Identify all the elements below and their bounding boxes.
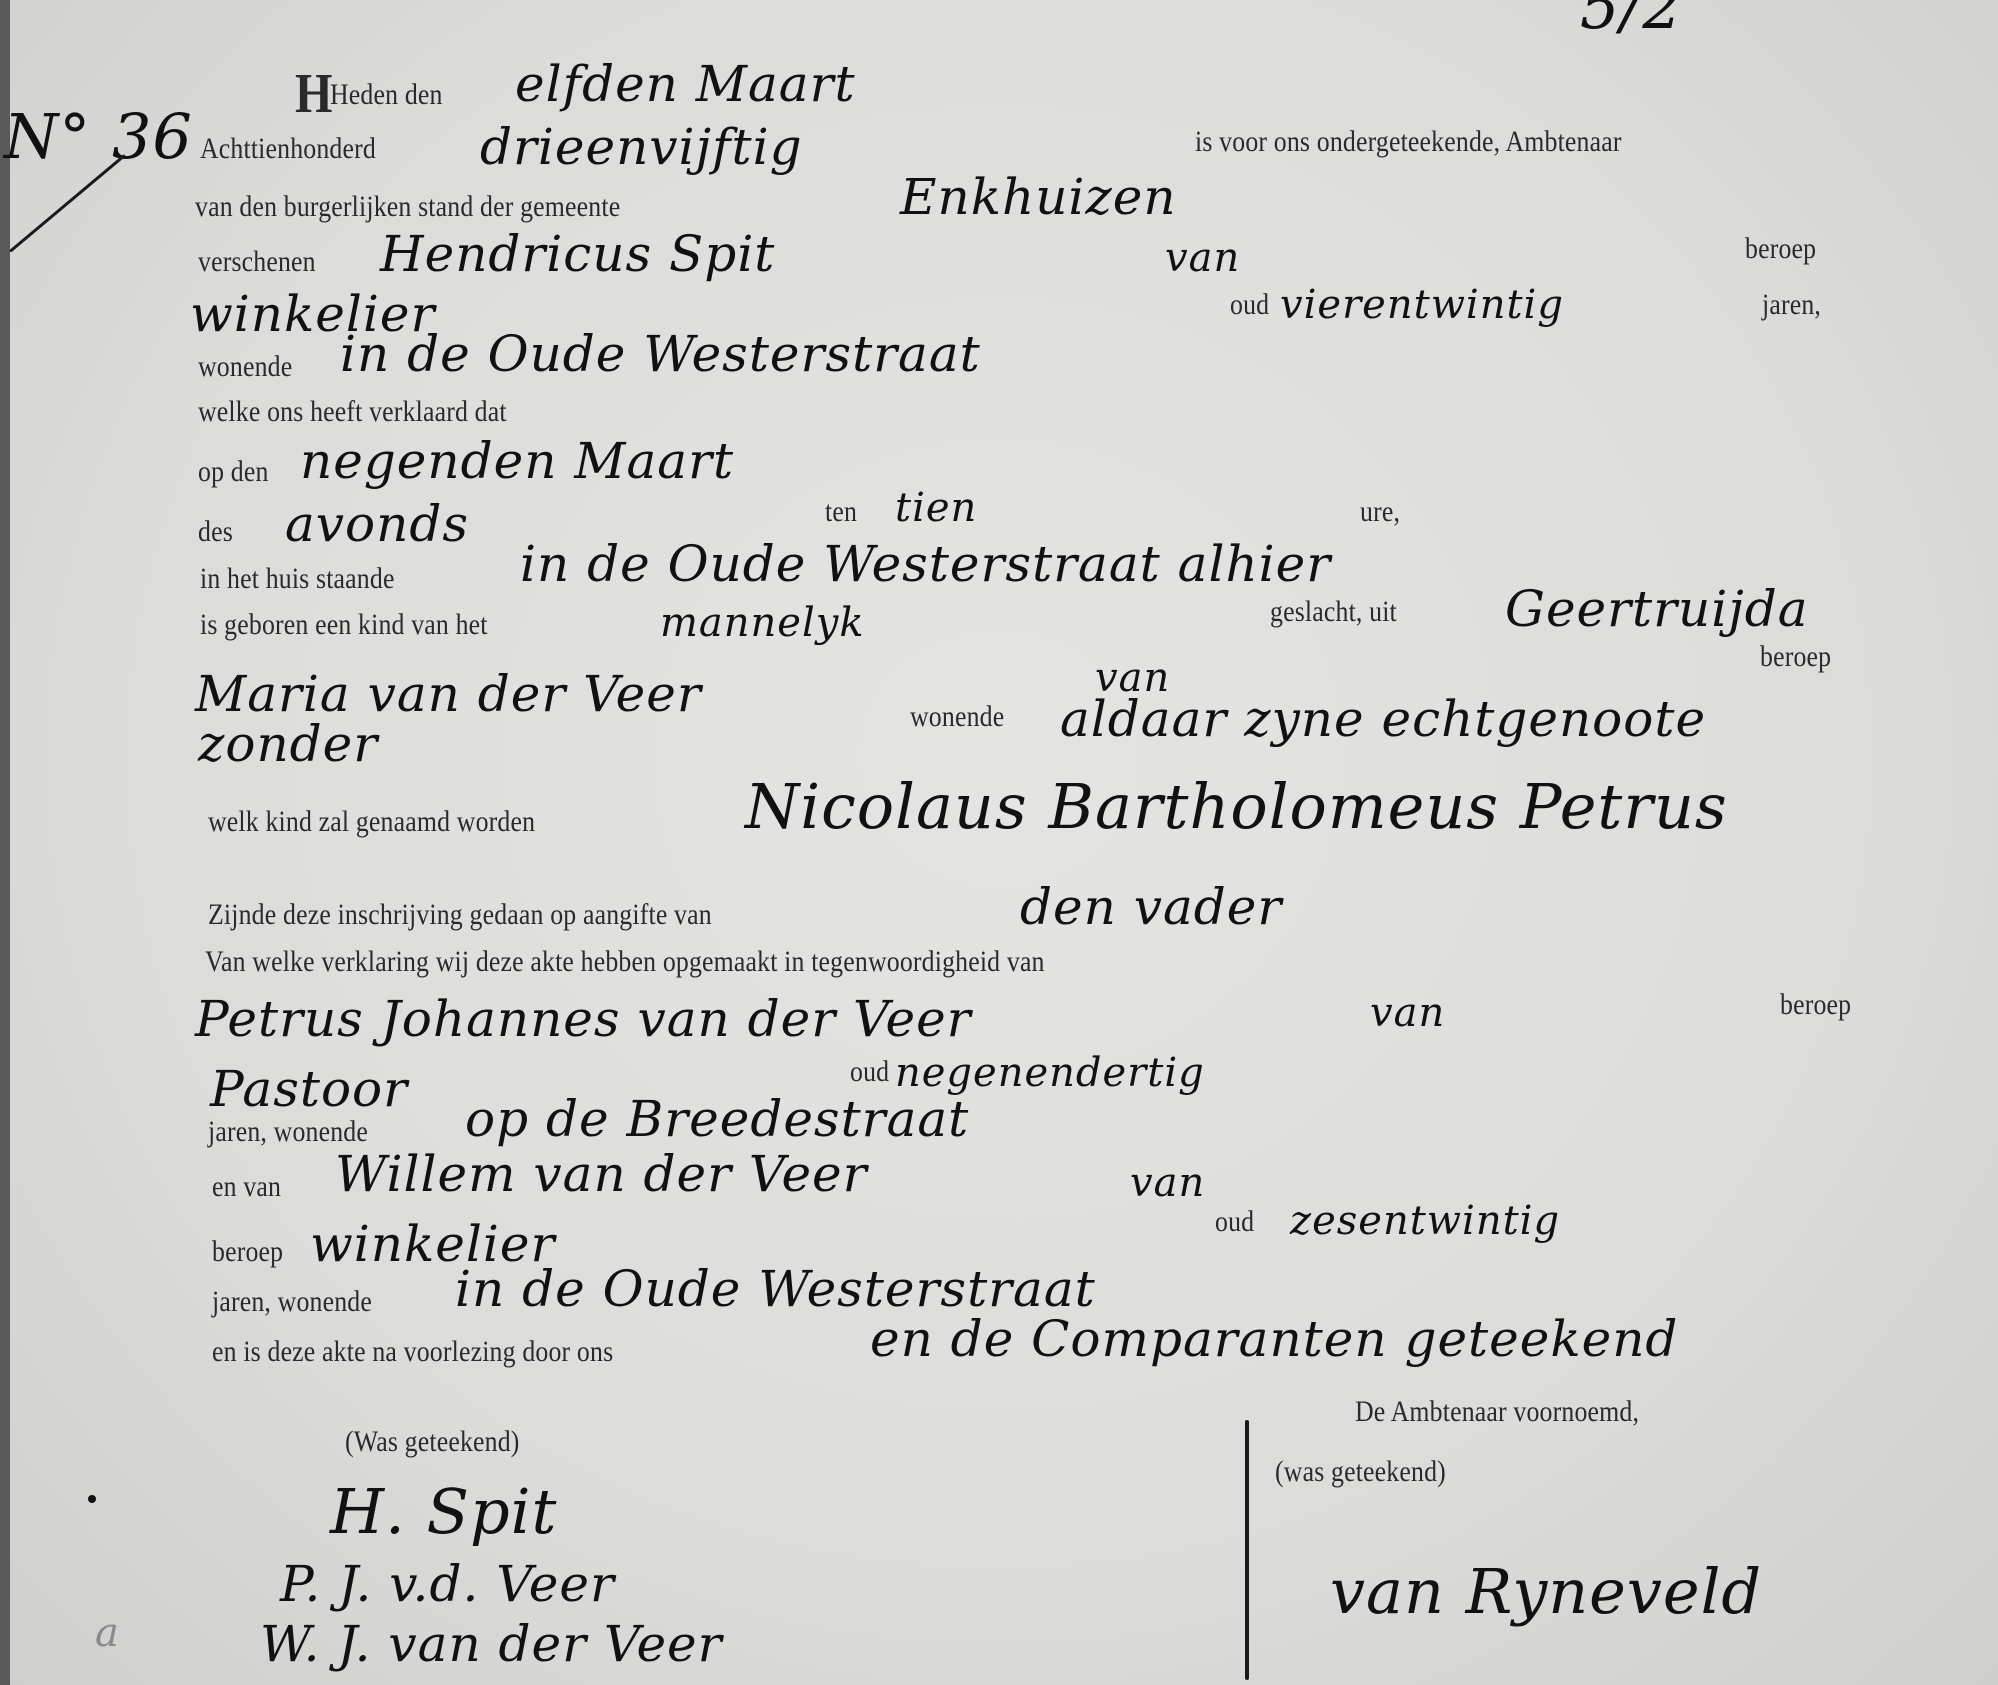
printed-achttienhonderd: Achttienhonderd	[200, 132, 376, 166]
printed-voorlezing: en is deze akte na voorlezing door ons	[212, 1335, 613, 1369]
hw-declared-by: den vader	[1020, 878, 1282, 936]
printed-oud-1: oud	[1230, 288, 1269, 322]
printed-was-geteekend-left: (Was geteekend)	[345, 1425, 520, 1459]
printed-envan: en van	[212, 1170, 281, 1204]
hw-mother-residence: aldaar zyne echtgenoote	[1060, 690, 1706, 748]
printed-genaamd: welk kind zal genaamd worden	[208, 805, 535, 839]
printed-beroep-4: beroep	[212, 1235, 283, 1269]
printed-geslacht: geslacht, uit	[1270, 595, 1397, 629]
hw-child-name: Nicolaus Bartholomeus Petrus	[745, 770, 1728, 843]
hw-birth-hour: tien	[895, 485, 977, 531]
printed-beroep-3: beroep	[1780, 988, 1851, 1022]
hw-mother-first: Geertruijda	[1505, 580, 1809, 638]
signature-wj-van-der-veer: W. J. van der Veer	[260, 1615, 723, 1673]
record-number: N° 36	[4, 100, 193, 173]
hw-signed-by: en de Comparanten geteekend	[870, 1310, 1678, 1368]
signature-pj-vd-veer: P. J. v.d. Veer	[280, 1555, 615, 1613]
signature-divider	[1245, 1420, 1249, 1680]
printed-beroep-1: beroep	[1745, 232, 1816, 266]
printed-ure: ure,	[1360, 495, 1400, 529]
hw-witness2-age: zesentwintig	[1290, 1198, 1560, 1244]
printed-heden: H	[295, 62, 333, 126]
corner-mark: 5/2	[1580, 0, 1683, 43]
hw-year: drieenvijftig	[480, 118, 803, 176]
printed-jaren-wonende-2: jaren, wonende	[212, 1285, 372, 1319]
hw-birth-place: in de Oude Westerstraat alhier	[520, 535, 1331, 593]
printed-burgerlijken: van den burgerlijken stand der gemeente	[195, 190, 620, 224]
hw-birth-date: negenden Maart	[300, 432, 734, 490]
ink-dot	[88, 1495, 96, 1503]
printed-verschenen: verschenen	[198, 245, 316, 279]
hw-declarant-age: vierentwintig	[1280, 282, 1564, 328]
signature-van-ryneveld: van Ryneveld	[1330, 1555, 1762, 1628]
margin-note: a	[95, 1610, 120, 1656]
hw-witness2-name: Willem van der Veer	[335, 1145, 868, 1203]
printed-wonende-2: wonende	[910, 700, 1004, 734]
hw-municipality: Enkhuizen	[900, 168, 1177, 226]
hw-time-of-day: avonds	[285, 495, 469, 553]
signature-h-spit: H. Spit	[330, 1475, 557, 1548]
printed-ambtenaar: is voor ons ondergeteekende, Ambtenaar	[1195, 125, 1622, 159]
hw-witness2-van: van	[1130, 1160, 1205, 1206]
printed-wonende-1: wonende	[198, 350, 292, 384]
printed-welke: welke ons heeft verklaard dat	[198, 395, 507, 429]
hw-mother-occupation: zonder	[198, 715, 378, 773]
printed-geboren: is geboren een kind van het	[200, 608, 488, 642]
printed-oud-2: oud	[850, 1055, 889, 1089]
printed-zijnde: Zijnde deze inschrijving gedaan op aangi…	[208, 898, 712, 932]
hw-child-sex: mannelyk	[660, 600, 865, 646]
printed-opden: op den	[198, 455, 269, 489]
printed-ambtenaar-voornoemd: De Ambtenaar voornoemd,	[1355, 1395, 1639, 1429]
hw-witness1-residence: op de Breedestraat	[465, 1090, 969, 1148]
hw-declarant-residence: in de Oude Westerstraat	[340, 325, 981, 383]
scan-edge	[0, 0, 10, 1685]
printed-huis: in het huis staande	[200, 562, 395, 596]
hw-declarant-name: Hendricus Spit	[380, 225, 775, 283]
hw-witness1-name: Petrus Johannes van der Veer	[195, 990, 972, 1048]
printed-jaren-1: jaren,	[1762, 288, 1821, 322]
printed-jaren-wonende-1: jaren, wonende	[208, 1115, 368, 1149]
printed-beroep-2: beroep	[1760, 640, 1831, 674]
printed-des: des	[198, 515, 233, 549]
hw-witness1-van: van	[1370, 990, 1445, 1036]
hw-date: elfden Maart	[515, 55, 856, 113]
hw-declarant-van: van	[1165, 235, 1240, 281]
printed-verklaring: Van welke verklaring wij deze akte hebbe…	[205, 945, 1045, 979]
printed-was-geteekend-right: (was geteekend)	[1275, 1455, 1446, 1489]
hw-witness1-occupation: Pastoor	[210, 1060, 408, 1118]
printed-heden-text: Heden den	[330, 78, 443, 112]
document-page: N° 36 5/2 H Heden den elfden Maart Achtt…	[0, 0, 1998, 1685]
printed-ten: ten	[825, 495, 857, 529]
printed-oud-3: oud	[1215, 1205, 1254, 1239]
